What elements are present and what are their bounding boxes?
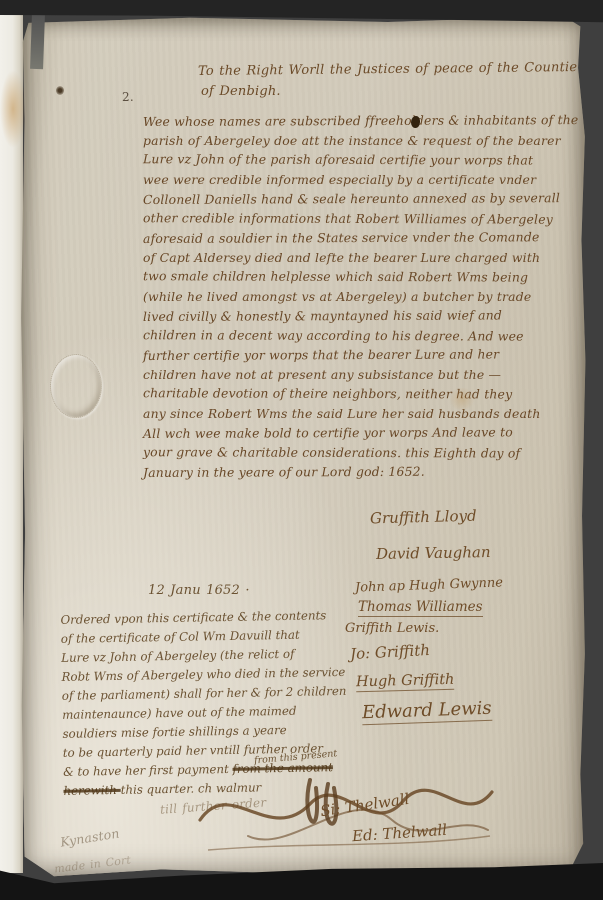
body-line: two smale children helplesse which said … <box>143 266 595 287</box>
binding-notch <box>30 15 45 69</box>
order-date: 12 Janu 1652 · <box>148 583 250 598</box>
parchment-page: 2. To the Right Worll the Justices of pe… <box>20 16 586 878</box>
body-line: children in a decent way according to hi… <box>143 325 595 346</box>
body-line: January in the yeare of our Lord god: 16… <box>143 461 595 482</box>
body-line: charitable devotion of theire neighbors,… <box>143 383 595 404</box>
body-line: (while he lived amongst vs at Abergeley)… <box>143 287 595 307</box>
witness-signature: John ap Hugh Gwynne <box>355 575 503 595</box>
witness-signature: David Vaughan <box>376 543 491 563</box>
ink-blot <box>411 116 420 128</box>
faint-marginal-note: made in Cort <box>53 853 131 875</box>
body-line: Wee whose names are subscribed ffreehold… <box>143 110 595 131</box>
clerk-name: Kynaston <box>59 825 120 849</box>
body-line: parish of Abergeley doe att the instance… <box>143 131 595 151</box>
stain <box>0 70 26 148</box>
certificate-body: Wee whose names are subscribed ffreehold… <box>143 111 595 482</box>
body-line: All wch wee make bold to certifie yor wo… <box>143 422 595 443</box>
body-line: Collonell Daniells hand & seale hereunto… <box>143 188 595 209</box>
folio-number: 2. <box>122 90 134 104</box>
body-line: aforesaid a souldier in the States servi… <box>143 227 595 248</box>
heading-line-1: To the Right Worll the Justices of peace… <box>198 60 577 79</box>
body-line: Lure vz John of the parish aforesaid cer… <box>143 149 595 170</box>
struck-text: herewith <box>63 783 120 798</box>
embossed-seal <box>50 354 102 418</box>
body-line: lived civilly & honestly & mayntayned hi… <box>143 305 595 326</box>
manuscript-scan: 2. To the Right Worll the Justices of pe… <box>0 0 603 900</box>
heading-line-2: of Denbigh. <box>201 84 281 99</box>
body-line: further certifie yor worps that the bear… <box>143 344 595 365</box>
body-line: children have not at present any subsist… <box>143 365 595 385</box>
body-line: of Capt Aldersey died and lefte the bear… <box>143 248 595 268</box>
ink-speck <box>56 86 64 95</box>
body-line: other credible informations that Robert … <box>143 208 595 229</box>
body-line: wee were credible informed especially by… <box>143 170 595 190</box>
stain <box>448 388 476 410</box>
witness-signature: Gruffith Lloyd <box>370 507 477 528</box>
body-line: any since Robert Wms the said Lure her s… <box>143 404 595 424</box>
body-line: your grave & charitable considerations. … <box>143 442 595 463</box>
